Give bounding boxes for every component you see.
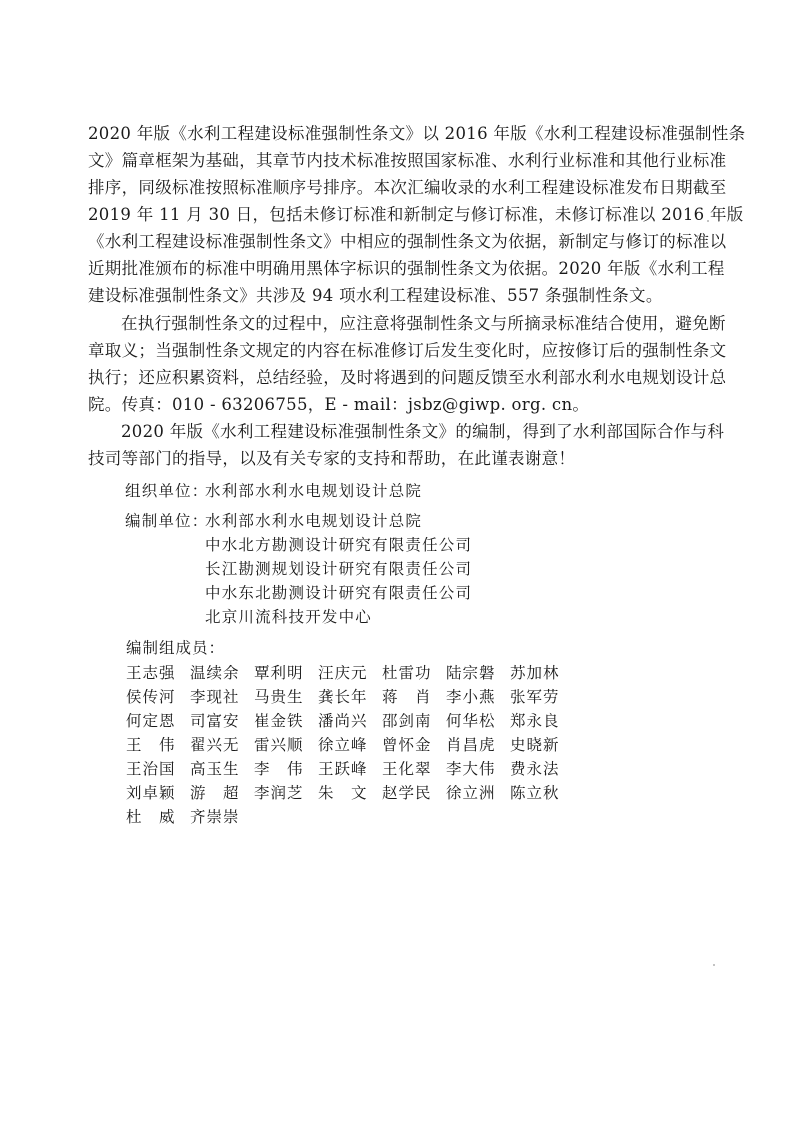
text-line: 2020 年版《水利工程建设标准强制性条文》的编制，得到了水利部国际合作与科 <box>88 418 708 445</box>
text-line: 技司等部门的指导，以及有关专家的支持和帮助，在此谨表谢意！ <box>88 445 708 472</box>
member-name: 齐崇崇 <box>190 805 254 829</box>
text-line: 执行；还应积累资料，总结经验，及时将遇到的问题反馈至水利部水利水电规划设计总 <box>88 364 708 391</box>
member-row: 王 伟 翟兴无 雷兴顺 徐立峰 曾怀金 肖昌虎 史晓新 <box>126 733 574 757</box>
member-name: 邵剑南 <box>382 709 446 733</box>
member-name: 杜 威 <box>126 805 190 829</box>
member-name: 王跃峰 <box>318 757 382 781</box>
member-name: 张军劳 <box>510 685 574 709</box>
member-name: 李大伟 <box>446 757 510 781</box>
sponsor-unit: 组织单位： 水利部水利水电规划设计总院 <box>125 479 422 503</box>
compiler-unit: 长江勘测规划设计研究有限责任公司 <box>205 557 472 581</box>
member-name: 费永法 <box>510 757 574 781</box>
member-name: 何华松 <box>446 709 510 733</box>
compilation-members: 编制组成员： 王志强 温续余 覃利明 汪庆元 杜雷功 陆宗磐 苏加林 侯传河 李… <box>126 636 574 829</box>
member-name: 王 伟 <box>126 733 190 757</box>
member-row: 何定恩 司富安 崔金铁 潘尚兴 邵剑南 何华松 郑永良 <box>126 709 574 733</box>
member-row: 刘卓颖 游 超 李润芝 朱 文 赵学民 徐立洲 陈立秋 <box>126 781 574 805</box>
text-line: 建设标准强制性条文》共涉及 94 项水利工程建设标准、557 条强制性条文。 <box>88 282 708 309</box>
member-name: 李润芝 <box>254 781 318 805</box>
scan-speck <box>707 220 709 222</box>
paragraph-overview: 2020 年版《水利工程建设标准强制性条文》以 2016 年版《水利工程建设标准… <box>88 120 708 309</box>
member-name: 王治国 <box>126 757 190 781</box>
member-name: 杜雷功 <box>382 661 446 685</box>
member-row: 王治国 高玉生 李 伟 王跃峰 王化翠 李大伟 费永法 <box>126 757 574 781</box>
member-name: 赵学民 <box>382 781 446 805</box>
document-page: 2020 年版《水利工程建设标准强制性条文》以 2016 年版《水利工程建设标准… <box>0 0 793 1123</box>
member-name: 龚长年 <box>318 685 382 709</box>
compiler-unit: 北京川流科技开发中心 <box>205 605 372 629</box>
member-name: 马贵生 <box>254 685 318 709</box>
compiler-unit: 中水东北勘测设计研究有限责任公司 <box>205 581 472 605</box>
member-name: 苏加林 <box>510 661 574 685</box>
member-name: 雷兴顺 <box>254 733 318 757</box>
member-name: 覃利明 <box>254 661 318 685</box>
member-name: 曾怀金 <box>382 733 446 757</box>
member-name: 温续余 <box>190 661 254 685</box>
paragraph-acknowledgement: 2020 年版《水利工程建设标准强制性条文》的编制，得到了水利部国际合作与科 技… <box>88 418 708 472</box>
compiler-unit: 水利部水利水电规划设计总院 <box>205 509 422 533</box>
compiler-unit: 中水北方勘测设计研究有限责任公司 <box>205 533 472 557</box>
member-name: 王志强 <box>126 661 190 685</box>
text-line: 近期批准颁布的标准中明确用黑体字标识的强制性条文为依据。2020 年版《水利工程 <box>88 255 708 282</box>
member-name: 游 超 <box>190 781 254 805</box>
member-name: 崔金铁 <box>254 709 318 733</box>
member-name: 刘卓颖 <box>126 781 190 805</box>
member-name: 李现社 <box>190 685 254 709</box>
text-line: 排序，同级标准按照标准顺序号排序。本次汇编收录的水利工程建设标准发布日期截至 <box>88 174 708 201</box>
member-name: 侯传河 <box>126 685 190 709</box>
text-line: 院。传真：010 - 63206755，E - mail：jsbz@giwp. … <box>88 391 708 418</box>
member-name: 李小燕 <box>446 685 510 709</box>
compiler-units: 编制单位： 水利部水利水电规划设计总院 中水北方勘测设计研究有限责任公司 长江勘… <box>125 509 472 629</box>
member-name: 蒋 肖 <box>382 685 446 709</box>
text-line: 在执行强制性条文的过程中，应注意将强制性条文与所摘录标准结合使用，避免断 <box>88 310 708 337</box>
member-name: 高玉生 <box>190 757 254 781</box>
text-line: 2020 年版《水利工程建设标准强制性条文》以 2016 年版《水利工程建设标准… <box>88 120 708 147</box>
member-name: 李 伟 <box>254 757 318 781</box>
member-name: 朱 文 <box>318 781 382 805</box>
sponsor-value: 水利部水利水电规划设计总院 <box>205 479 422 503</box>
member-name: 何定恩 <box>126 709 190 733</box>
member-name: 史晓新 <box>510 733 574 757</box>
member-name: 潘尚兴 <box>318 709 382 733</box>
compiler-label: 编制单位： <box>125 509 205 533</box>
member-row: 侯传河 李现社 马贵生 龚长年 蒋 肖 李小燕 张军劳 <box>126 685 574 709</box>
scan-speck <box>713 964 715 966</box>
member-name: 徐立洲 <box>446 781 510 805</box>
text-line: 2019 年 11 月 30 日，包括未修订标准和新制定与修订标准，未修订标准以… <box>88 201 708 228</box>
paragraph-usage-notes: 在执行强制性条文的过程中，应注意将强制性条文与所摘录标准结合使用，避免断 章取义… <box>88 310 708 418</box>
member-name: 徐立峰 <box>318 733 382 757</box>
member-name: 陆宗磐 <box>446 661 510 685</box>
members-heading: 编制组成员： <box>126 636 574 661</box>
member-name: 陈立秋 <box>510 781 574 805</box>
sponsor-label: 组织单位： <box>125 479 205 503</box>
member-row: 王志强 温续余 覃利明 汪庆元 杜雷功 陆宗磐 苏加林 <box>126 661 574 685</box>
member-name: 翟兴无 <box>190 733 254 757</box>
member-name: 汪庆元 <box>318 661 382 685</box>
member-name: 肖昌虎 <box>446 733 510 757</box>
text-line: 文》篇章框架为基础，其章节内技术标准按照国家标准、水利行业标准和其他行业标准 <box>88 147 708 174</box>
member-name: 王化翠 <box>382 757 446 781</box>
text-line: 《水利工程建设标准强制性条文》中相应的强制性条文为依据，新制定与修订的标准以 <box>88 228 708 255</box>
text-line: 章取义；当强制性条文规定的内容在标准修订后发生变化时，应按修订后的强制性条文 <box>88 337 708 364</box>
member-name: 司富安 <box>190 709 254 733</box>
member-name: 郑永良 <box>510 709 574 733</box>
member-row: 杜 威 齐崇崇 <box>126 805 574 829</box>
